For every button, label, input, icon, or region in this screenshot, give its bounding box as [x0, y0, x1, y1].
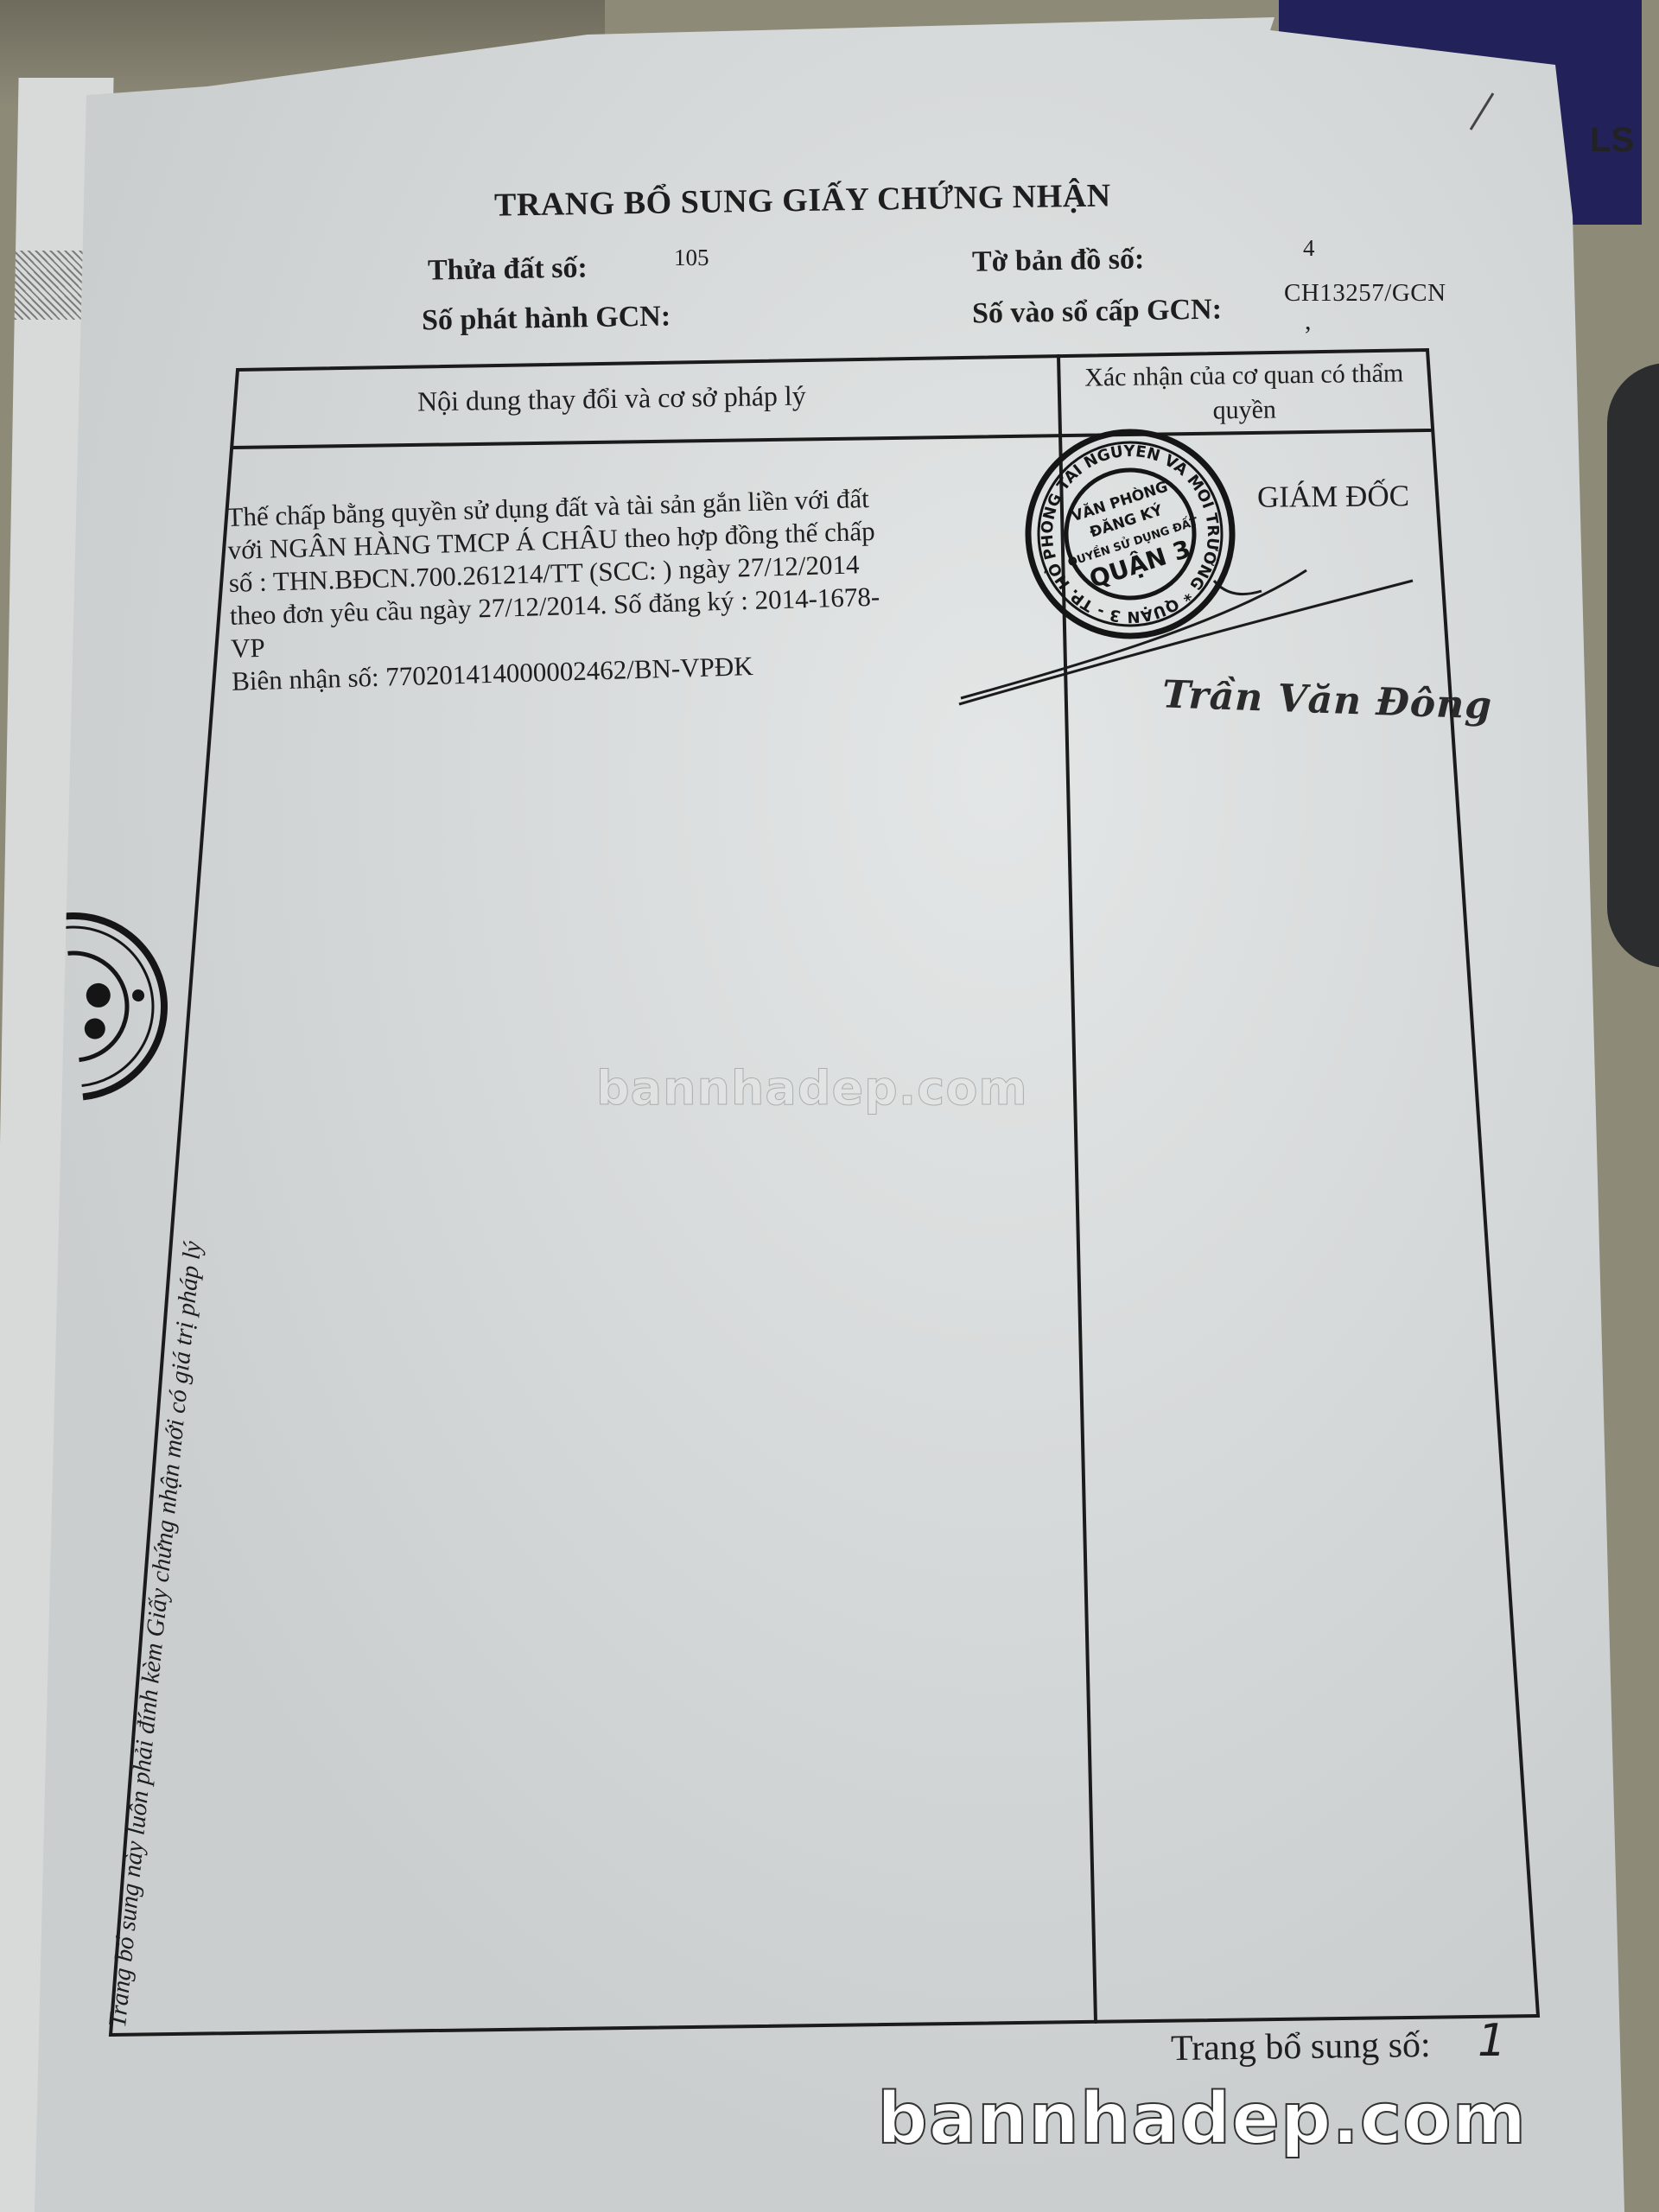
- watermark-center: bannhadep.com: [596, 1061, 1028, 1116]
- registry-number-mark: ,: [1305, 307, 1312, 336]
- margin-stamp: [64, 907, 173, 1097]
- header-divider: [233, 430, 1430, 448]
- supplement-page-number: 1: [1478, 2015, 1506, 2067]
- pen-mark: [1471, 93, 1493, 130]
- supplement-page-label: Trang bổ sung số:: [1171, 2024, 1431, 2069]
- change-content: Thế chấp bằng quyền sử dụng đất và tài s…: [226, 478, 1009, 698]
- hatch-pattern: [15, 251, 85, 320]
- official-stamp: PHÒNG TÀI NGUYÊN VÀ MÔI TRƯỜNG * QUẬN 3 …: [1001, 405, 1258, 662]
- watermark-bottom: bannhadep.com: [877, 2078, 1527, 2160]
- issue-number-label: Số phát hành GCN:: [422, 300, 671, 337]
- registry-number-value: CH13257/GCN: [1284, 279, 1446, 308]
- table-header-content: Nội dung thay đổi và cơ sở pháp lý: [417, 379, 806, 417]
- svg-text:PHÒNG TÀI NGUYÊN VÀ MÔI TRƯỜNG: PHÒNG TÀI NGUYÊN VÀ MÔI TRƯỜNG * QUẬN 3 …: [1013, 418, 1247, 651]
- signer-role: GIÁM ĐỐC: [1257, 479, 1409, 515]
- map-sheet-value: 4: [1303, 235, 1315, 262]
- map-sheet-label: Tờ bản đồ số:: [972, 243, 1145, 278]
- certificate-page: PHÒNG TÀI NGUYÊN VÀ MÔI TRƯỜNG * QUẬN 3 …: [0, 0, 1659, 2212]
- parcel-number-label: Thửa đất số:: [428, 251, 588, 287]
- desk-object-right: [1607, 363, 1659, 968]
- registry-number-label: Số vào sổ cấp GCN:: [972, 293, 1223, 330]
- table-header-confirmation: Xác nhận của cơ quan có thẩm quyền: [1071, 356, 1417, 430]
- product-box-text: LS: [1590, 121, 1634, 160]
- parcel-number-value: 105: [674, 245, 709, 271]
